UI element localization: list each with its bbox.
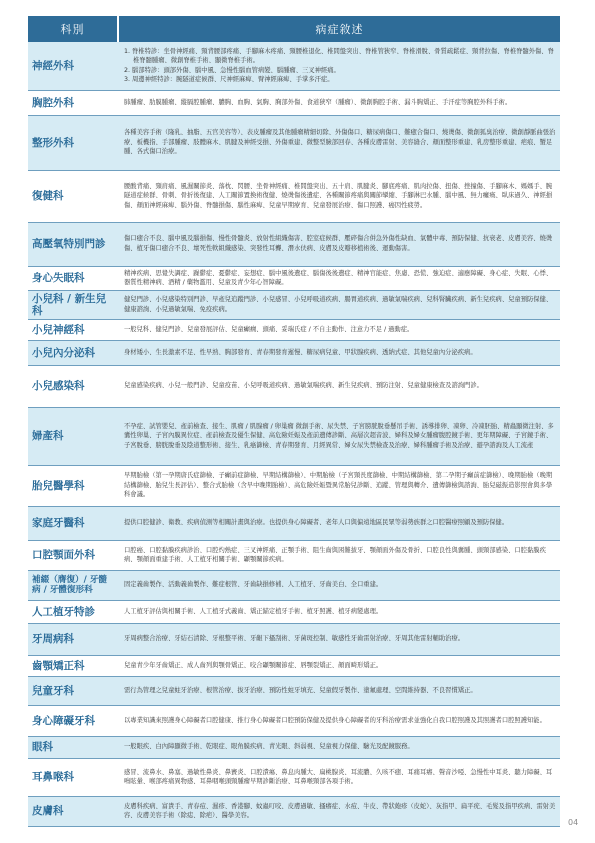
- department-description: 需行為管理之兒童蛀牙治療、根管治療、拔牙治療、預防性蛀牙填充、兒童假牙製作、塗氟…: [118, 676, 560, 705]
- department-name: 兒童牙科: [28, 676, 118, 705]
- department-name: 高壓氧特別門診: [28, 222, 118, 266]
- table-row: 婦產科 不孕症、試管嬰兒、產前檢查、接生、肌瘤 / 肌腺瘤 / 卵巢瘤 微創手術…: [28, 407, 560, 465]
- department-name: 身心失眠科: [28, 266, 118, 290]
- table-row: 神經外科 1. 脊椎特診：坐骨神經痛、頸背腰部疼痛、手腳麻木疼痛、頸腰椎退化、椎…: [28, 42, 560, 90]
- department-name: 補綴（膺復）/ 牙髓病 / 牙體復形科: [28, 570, 118, 600]
- department-name: 小兒科 / 新生兒科: [28, 290, 118, 319]
- department-description: 一般眼疾、白內障顯微手術、乾眼症、眼角膜疾病、青光眼、斜弱視、兒童視力保健、驗光…: [118, 736, 560, 758]
- department-description: 各種美容手術（隆乳、抽脂、五官美容等）、表皮腫瘤及其他腫瘤精細切除、外傷傷口、糖…: [118, 115, 560, 170]
- department-description: 早期胎檢（第一孕期唐氏症篩檢、子癲前症篩檢、早期結構篩檢）、中期胎檢（子宮頸長度…: [118, 465, 560, 506]
- column-header-department: 科別: [28, 16, 118, 42]
- table-row: 家庭牙醫科 提供口腔健診、衛教、疾病偵測等相關計畫與治療。也提供身心障礙者、老年…: [28, 506, 560, 540]
- department-description: 牙周病整合治療、牙結石清除、牙根整平術、牙齦下搔刮術、牙菌斑控制、敏感性牙齒雷射…: [118, 623, 560, 655]
- table-row: 眼科 一般眼疾、白內障顯微手術、乾眼症、眼角膜疾病、青光眼、斜弱視、兒童視力保健…: [28, 736, 560, 758]
- department-name: 小兒內分泌科: [28, 340, 118, 365]
- department-name: 皮膚科: [28, 796, 118, 826]
- table-row: 口腔顎面外科 口腔癌、口腔黏膜疾病診治、口腔灼熱症、三叉神經痛、正顎手術、阻生齒…: [28, 540, 560, 570]
- department-description: 皮膚科疾病、富貴手、青春痘、濕疹、香港腳、蚊蟲叮咬、皮膚過敏、搔癢症、水痘、牛皮…: [118, 796, 560, 826]
- department-description: 以專業知識來照護身心障礙者口腔健康、推行身心障礙者口腔預防保健及提供身心障礙者的…: [118, 705, 560, 736]
- department-description: 兒童感染疾病、小兒一般門診、兒童疫苗、小兒呼吸道疾病、過敏氣喘疾病、新生兒疾病、…: [118, 365, 560, 407]
- table-row: 齒顎矯正科 兒童青少年牙齒矯正、成人齒列與顎骨矯正、咬合顳顎關節症、唇顎裂矯正、…: [28, 655, 560, 676]
- table-row: 高壓氧特別門診 傷口癒合不良、腦中風及腦損傷、慢性骨髓炎、放射性組織傷害、腔室症…: [28, 222, 560, 266]
- department-description: 1. 脊椎特診：坐骨神經痛、頸背腰部疼痛、手腳麻木疼痛、頸腰椎退化、椎間盤突出、…: [118, 42, 560, 90]
- table-row: 小兒感染科 兒童感染疾病、小兒一般門診、兒童疫苗、小兒呼吸道疾病、過敏氣喘疾病、…: [28, 365, 560, 407]
- department-description: 感冒、流鼻水、鼻塞、過敏性鼻炎、鼻竇炎、口腔潰瘍、鼻息肉腫大、扁桃腺炎、耳流膿、…: [118, 758, 560, 796]
- column-header-description: 病症敘述: [118, 16, 560, 42]
- list-item: 1. 脊椎特診：坐骨神經痛、頸背腰部疼痛、手腳麻木疼痛、頸腰椎退化、椎間盤突出、…: [124, 47, 556, 66]
- table-row: 小兒科 / 新生兒科 健兒門診、小兒感染特別門診、早產兒追蹤門診、小兒感冒、小兒…: [28, 290, 560, 319]
- table-row: 整形外科 各種美容手術（隆乳、抽脂、五官美容等）、表皮腫瘤及其他腫瘤精細切除、外…: [28, 115, 560, 170]
- table-row: 牙周病科 牙周病整合治療、牙結石清除、牙根整平術、牙齦下搔刮術、牙菌斑控制、敏感…: [28, 623, 560, 655]
- table-row: 耳鼻喉科 感冒、流鼻水、鼻塞、過敏性鼻炎、鼻竇炎、口腔潰瘍、鼻息肉腫大、扁桃腺炎…: [28, 758, 560, 796]
- department-description: 提供口腔健診、衛教、疾病偵測等相關計畫與治療。也提供身心障礙者、老年人口與偏遠地…: [118, 506, 560, 540]
- department-name: 身心障礙牙科: [28, 705, 118, 736]
- department-name: 胎兒醫學科: [28, 465, 118, 506]
- table-row: 身心障礙牙科 以專業知識來照護身心障礙者口腔健康、推行身心障礙者口腔預防保健及提…: [28, 705, 560, 736]
- department-description: 口腔癌、口腔黏膜疾病診治、口腔灼熱症、三叉神經痛、正顎手術、阻生齒與困難拔牙、顎…: [118, 540, 560, 570]
- table-row: 胎兒醫學科 早期胎檢（第一孕期唐氏症篩檢、子癲前症篩檢、早期結構篩檢）、中期胎檢…: [28, 465, 560, 506]
- department-name: 人工植牙特診: [28, 600, 118, 623]
- list-item: 2. 腦部特診：頭部外傷、腦中風、急慢性腦血管病變、腦腫瘤、三叉神經痛。: [124, 66, 556, 76]
- department-description: 精神疾病、思覺失調症、躁鬱症、憂鬱症、妄想症、腦中風後遺症、腦傷後後遺症、精神官…: [118, 266, 560, 290]
- table-row: 小兒神經科 一般兒科、健兒門診、兒童發展評估、兒童癲癇、頭痛、妥瑞氏症 / 不自…: [28, 319, 560, 340]
- department-description: 身材矮小、生長激素不足、性早熟、胸部發育、青春期發育遲慢、糖尿病兒童、甲狀腺疾病…: [118, 340, 560, 365]
- department-description: 一般兒科、健兒門診、兒童發展評估、兒童癲癇、頭痛、妥瑞氏症 / 不自主動作、注意…: [118, 319, 560, 340]
- table-row: 皮膚科 皮膚科疾病、富貴手、青春痘、濕疹、香港腳、蚊蟲叮咬、皮膚過敏、搔癢症、水…: [28, 796, 560, 826]
- department-name: 小兒神經科: [28, 319, 118, 340]
- department-name: 胸腔外科: [28, 90, 118, 115]
- specialty-clinic-list: 1. 脊椎特診：坐骨神經痛、頸背腰部疼痛、手腳麻木疼痛、頸腰椎退化、椎間盤突出、…: [124, 47, 556, 85]
- department-description: 健兒門診、小兒感染特別門診、早產兒追蹤門診、小兒感冒、小兒呼吸道疾病、腸胃道疾病…: [118, 290, 560, 319]
- table-row: 兒童牙科 需行為管理之兒童蛀牙治療、根管治療、拔牙治療、預防性蛀牙填充、兒童假牙…: [28, 676, 560, 705]
- table-row: 補綴（膺復）/ 牙髓病 / 牙體復形科 固定義齒製作、活動義齒製作、難症根管、牙…: [28, 570, 560, 600]
- department-name: 耳鼻喉科: [28, 758, 118, 796]
- table-row: 小兒內分泌科 身材矮小、生長激素不足、性早熟、胸部發育、青春期發育遲慢、糖尿病兒…: [28, 340, 560, 365]
- table-row: 身心失眠科 精神疾病、思覺失調症、躁鬱症、憂鬱症、妄想症、腦中風後遺症、腦傷後後…: [28, 266, 560, 290]
- department-name: 復健科: [28, 170, 118, 222]
- department-description: 兒童青少年牙齒矯正、成人齒列與顎骨矯正、咬合顳顎關節症、唇顎裂矯正、顏面畸形矯正…: [118, 655, 560, 676]
- department-name: 婦產科: [28, 407, 118, 465]
- department-description: 不孕症、試管嬰兒、產前檢查、接生、肌瘤 / 肌腺瘤 / 卵巢瘤 微創手術、尿失禁…: [118, 407, 560, 465]
- department-description: 人工植牙評估與相關手術、人工植牙式義齒、矯正錨定植牙手術、植牙照護、植牙病變處理…: [118, 600, 560, 623]
- department-name: 齒顎矯正科: [28, 655, 118, 676]
- department-name: 牙周病科: [28, 623, 118, 655]
- department-description: 固定義齒製作、活動義齒製作、難症根管、牙齒缺損修補、人工植牙、牙齒美白、全口重建…: [118, 570, 560, 600]
- department-name: 整形外科: [28, 115, 118, 170]
- department-description: 肺腫瘤、肋膜腫瘤、縱膈腔腫瘤、膿胸、血胸、氣胸、胸部外傷、食道狹窄（腫瘤）、微創…: [118, 90, 560, 115]
- department-name: 口腔顎面外科: [28, 540, 118, 570]
- list-item: 3. 周邊神經特診：腕隧道症候群、尺神經麻痺、臂神經麻痺、手掌多汗症。: [124, 75, 556, 85]
- department-description: 腰酸背痛、頸肩痛、風濕關節炎、落枕、閃腰、坐骨神經痛、椎間盤突出、五十肩、肌腱炎…: [118, 170, 560, 222]
- department-table: 科別 病症敘述 神經外科 1. 脊椎特診：坐骨神經痛、頸背腰部疼痛、手腳麻木疼痛…: [28, 16, 560, 827]
- table-row: 胸腔外科 肺腫瘤、肋膜腫瘤、縱膈腔腫瘤、膿胸、血胸、氣胸、胸部外傷、食道狹窄（腫…: [28, 90, 560, 115]
- page-number: 04: [568, 818, 578, 827]
- department-name: 家庭牙醫科: [28, 506, 118, 540]
- department-description: 傷口癒合不良、腦中風及腦損傷、慢性骨髓炎、放射性組織傷害、腔室症候群、壓碎傷合併…: [118, 222, 560, 266]
- table-row: 復健科 腰酸背痛、頸肩痛、風濕關節炎、落枕、閃腰、坐骨神經痛、椎間盤突出、五十肩…: [28, 170, 560, 222]
- department-name: 神經外科: [28, 42, 118, 90]
- department-name: 小兒感染科: [28, 365, 118, 407]
- table-header-row: 科別 病症敘述: [28, 16, 560, 42]
- table-row: 人工植牙特診 人工植牙評估與相關手術、人工植牙式義齒、矯正錨定植牙手術、植牙照護…: [28, 600, 560, 623]
- department-name: 眼科: [28, 736, 118, 758]
